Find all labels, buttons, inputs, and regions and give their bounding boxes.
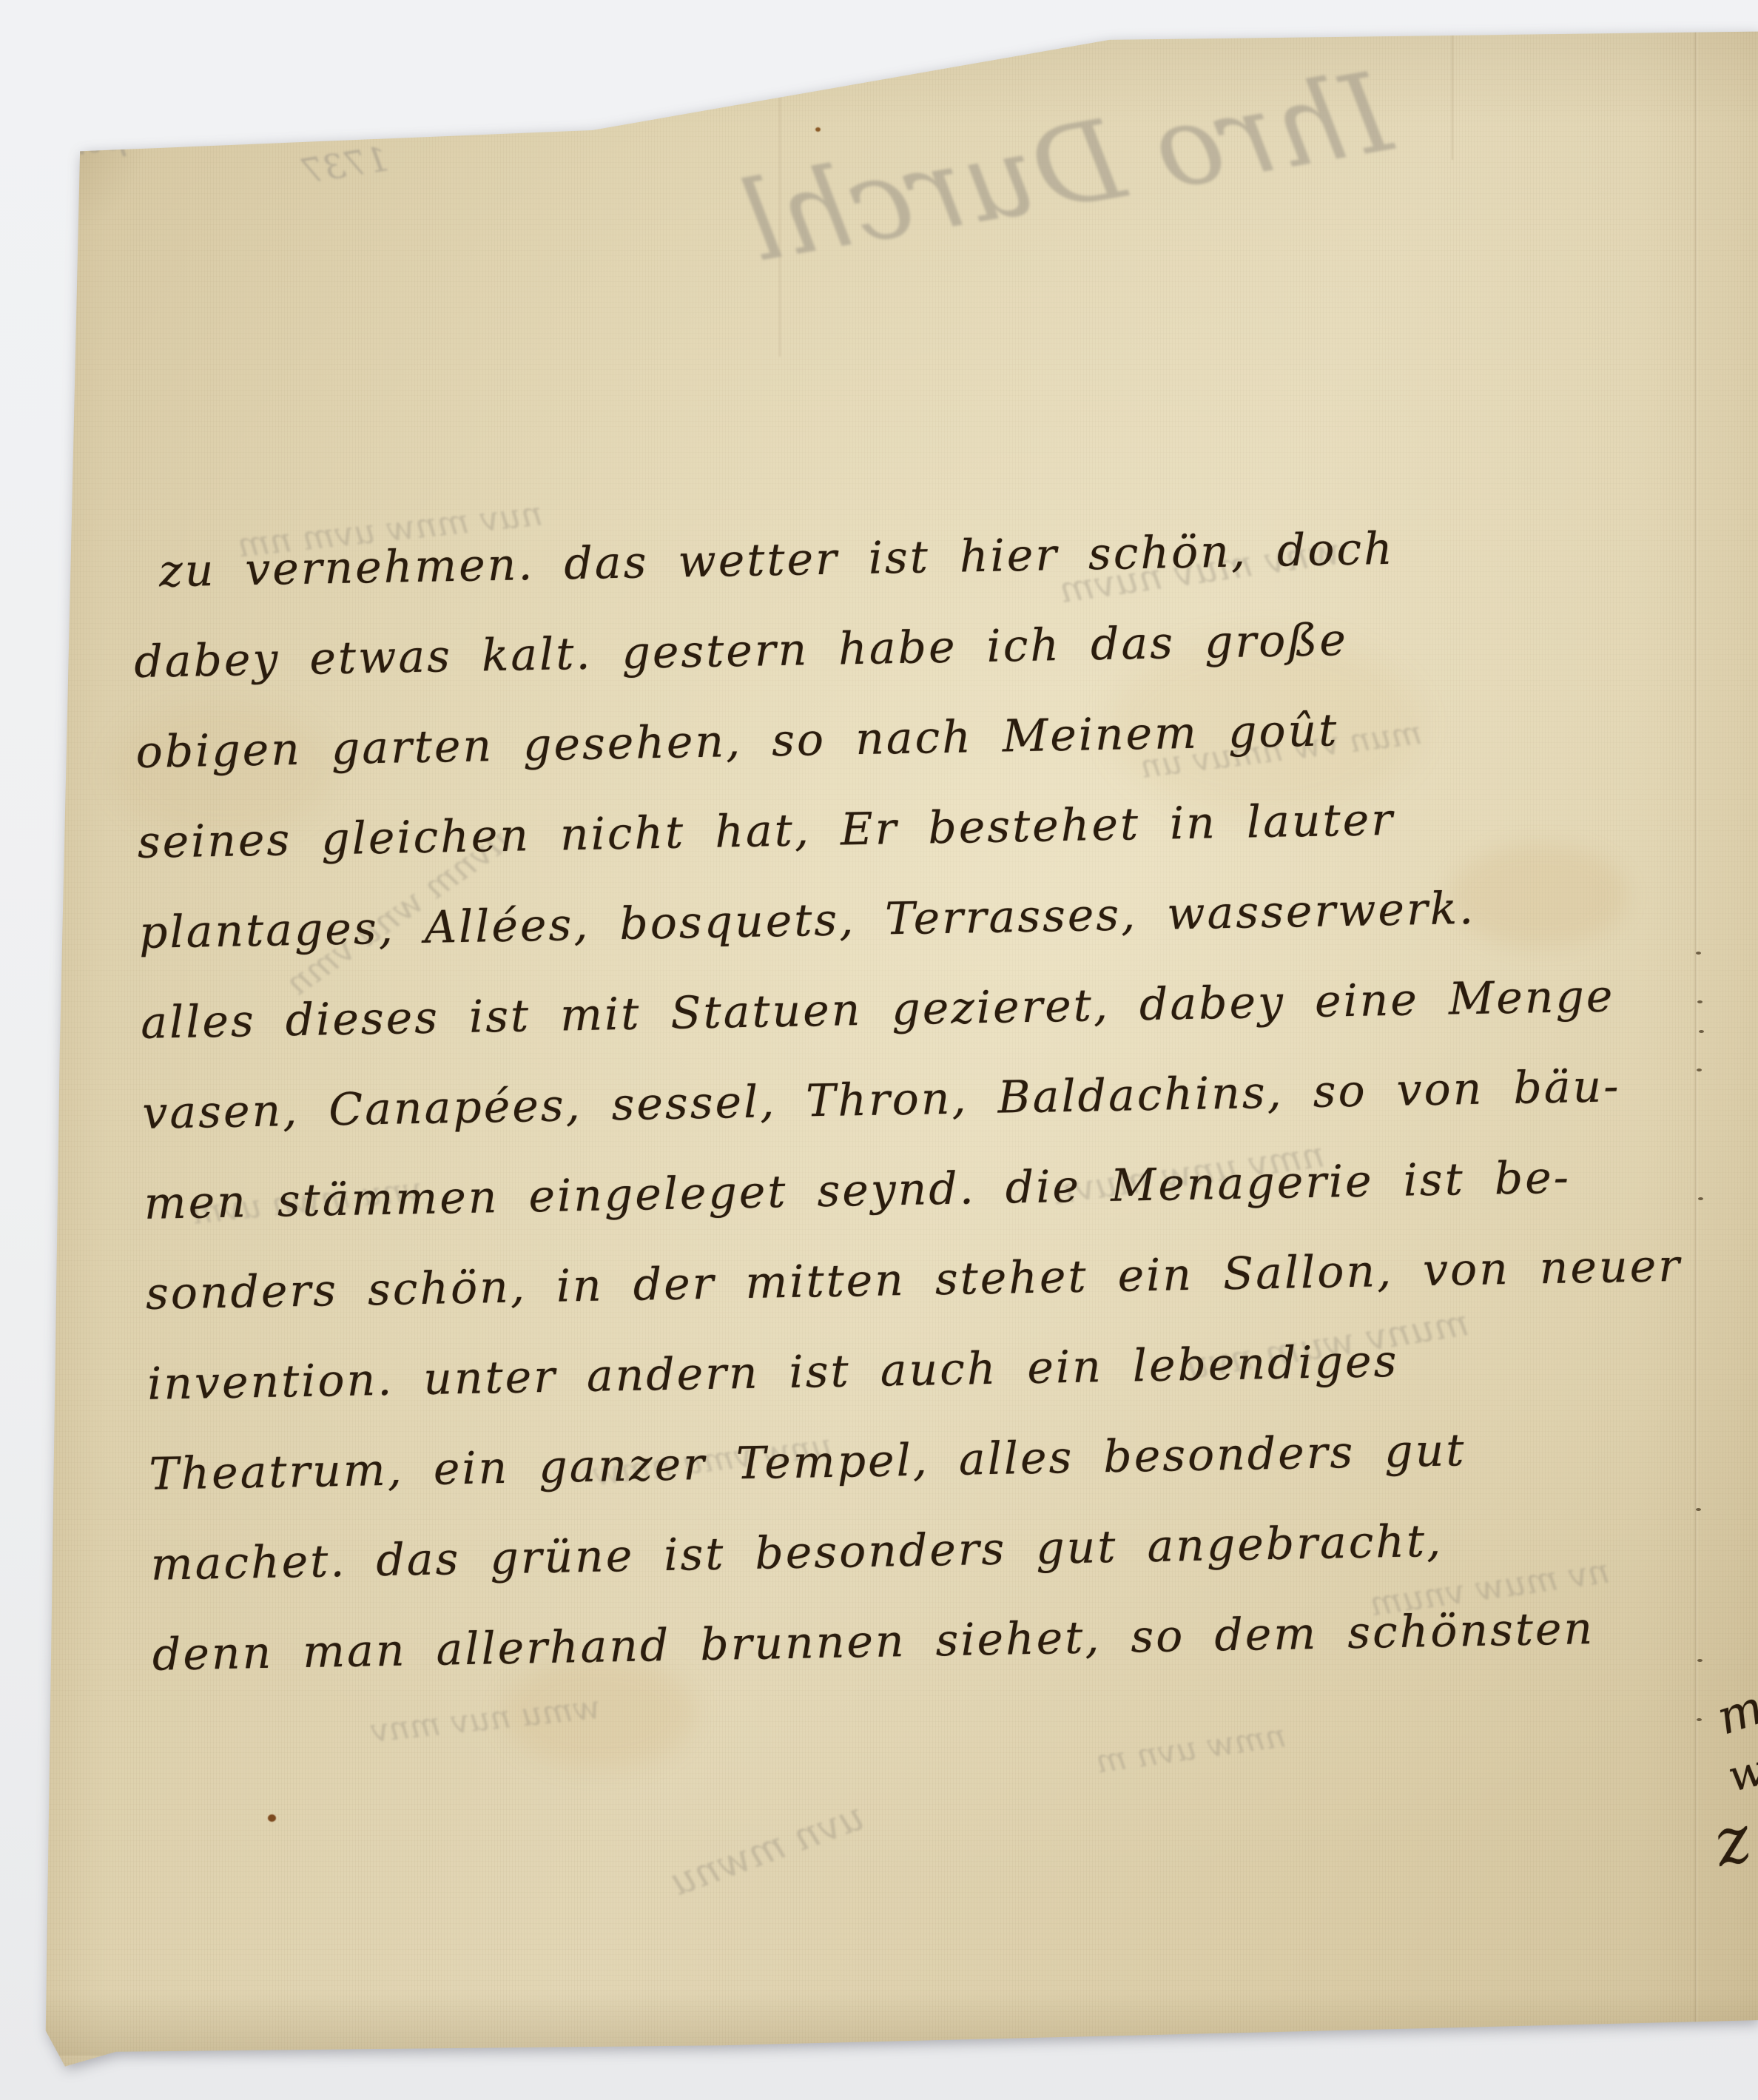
show-through-corner-note: Culenborg den 28: Sept: — [70, 54, 549, 164]
paper-sheet: Culenborg den 28: Sept: 1737 Ihro Durchl… — [0, 0, 1758, 2100]
adjacent-page-ink-fragment: w — [1723, 1744, 1758, 1802]
show-through-fragment: uvn mwnu — [664, 1794, 870, 1905]
fold-speck — [1697, 1718, 1702, 1721]
adjacent-page-ink-fragment: m — [1711, 1680, 1758, 1746]
fox-spot — [268, 1814, 276, 1822]
show-through-corner-note-year: 1737 — [299, 138, 391, 192]
paper-shadow-wrap: Culenborg den 28: Sept: 1737 Ihro Durchl… — [0, 0, 1758, 2100]
scanned-letter-page: Culenborg den 28: Sept: 1737 Ihro Durchl… — [0, 0, 1758, 2100]
show-through-flourish: Ihro Durchl — [734, 48, 1400, 289]
top-edge-notch-crease — [1452, 34, 1453, 160]
handwritten-text-block: zu vernehmen. das wetter ist hier schön,… — [132, 498, 1722, 1700]
show-through-fragment: nmw uvn m — [1094, 1717, 1289, 1781]
fox-spot — [815, 127, 821, 132]
adjacent-page-ink-fragment: z — [1708, 1800, 1757, 1881]
